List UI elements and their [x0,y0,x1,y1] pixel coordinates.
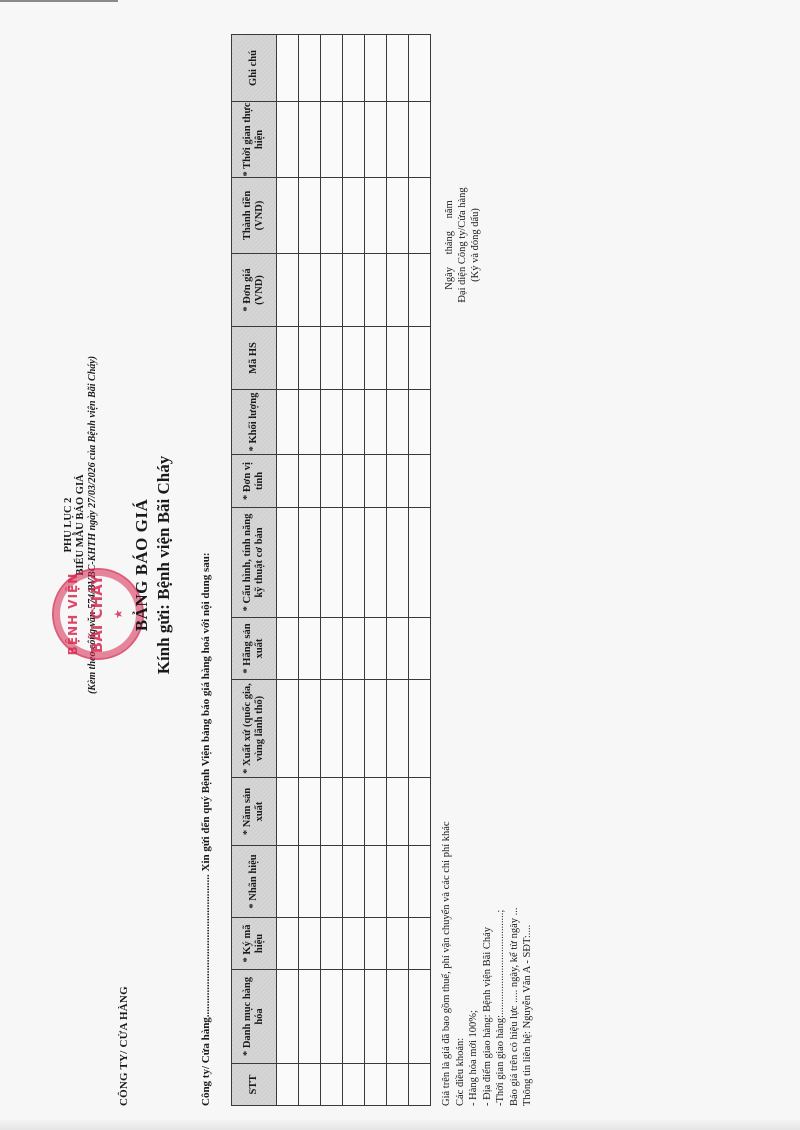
table-cell[interactable] [321,327,343,390]
table-cell[interactable] [387,778,409,846]
table-cell[interactable] [409,327,431,390]
table-cell[interactable] [299,680,321,778]
table-cell[interactable] [321,102,343,178]
table-cell[interactable] [343,778,365,846]
table-cell[interactable] [387,508,409,618]
table-cell[interactable] [277,778,299,846]
table-cell[interactable] [277,618,299,680]
table-cell[interactable] [343,618,365,680]
table-cell[interactable] [365,178,387,254]
table-cell[interactable] [277,178,299,254]
table-cell[interactable] [277,970,299,1064]
company-header: CÔNG TY/ CỬA HÀNG [118,986,130,1106]
column-header: Ghi chú [232,35,277,102]
table-cell[interactable] [365,35,387,102]
table-cell[interactable] [387,390,409,455]
table-cell[interactable] [321,178,343,254]
table-cell[interactable] [321,846,343,918]
table-cell[interactable] [387,178,409,254]
note-line: -Thời gian giao hàng:...................… [494,821,508,1106]
table-cell[interactable] [365,778,387,846]
table-cell[interactable] [409,508,431,618]
intro-company-blank[interactable]: ........................................… [200,874,212,1017]
table-cell[interactable] [409,680,431,778]
table-cell[interactable] [343,918,365,970]
table-cell[interactable] [387,680,409,778]
table-cell[interactable] [343,680,365,778]
table-cell[interactable] [387,35,409,102]
table-cell[interactable] [321,778,343,846]
column-header: * Ký mã hiệu [232,918,277,970]
column-header: * Đơn giá (VND) [232,254,277,327]
table-cell[interactable] [409,254,431,327]
form-label: BIỂU MẪU BÁO GIÁ [75,385,87,665]
table-row [365,35,387,1106]
note-line: Thông tin liên hệ: Nguyễn Văn A - SĐT:..… [521,821,535,1106]
table-cell[interactable] [277,680,299,778]
table-cell[interactable] [409,918,431,970]
terms-notes: Giá trên là giá đã bao gồm thuế, phí vận… [440,821,535,1106]
table-cell[interactable] [343,455,365,508]
column-header: * Xuất xứ (quốc gia, vùng lãnh thổ) [232,680,277,778]
table-cell[interactable] [299,918,321,970]
table-cell[interactable] [387,618,409,680]
table-cell[interactable] [409,778,431,846]
signature-block: Ngày tháng năm Đại diện Công ty/Cửa hàng… [443,135,482,355]
table-cell[interactable] [387,102,409,178]
column-header: * Danh mục hàng hóa [232,970,277,1064]
table-cell[interactable] [321,918,343,970]
appendix-label: PHỤ LỤC 2 [63,385,75,665]
table-cell[interactable] [387,918,409,970]
table-cell[interactable] [365,680,387,778]
table-cell[interactable] [277,254,299,327]
table-cell[interactable] [299,846,321,918]
table-cell[interactable] [321,35,343,102]
table-cell[interactable] [343,390,365,455]
table-cell[interactable] [387,1064,409,1106]
table-cell[interactable] [409,455,431,508]
column-header: * Năm sản xuất [232,778,277,846]
table-cell[interactable] [299,102,321,178]
intro-text: Xin gửi đến quý Bệnh Viện bảng báo giá h… [200,552,212,871]
signature-date: Ngày tháng năm [443,135,456,355]
table-row [321,35,343,1106]
table-cell[interactable] [343,178,365,254]
table-cell[interactable] [343,970,365,1064]
note-line: Các điều khoản: [454,821,468,1106]
table-cell[interactable] [299,35,321,102]
note-line: Giá trên là giá đã bao gồm thuế, phí vận… [440,821,454,1106]
table-cell[interactable] [277,508,299,618]
table-cell[interactable] [321,508,343,618]
table-cell[interactable] [365,618,387,680]
quotation-table: STT* Danh mục hàng hóa* Ký mã hiệu* Nhãn… [231,34,431,1106]
table-cell[interactable] [321,390,343,455]
table-cell[interactable] [299,1064,321,1106]
table-row [277,35,299,1106]
table-cell[interactable] [277,102,299,178]
column-header: * Đơn vị tính [232,455,277,508]
table-cell[interactable] [299,327,321,390]
table-cell[interactable] [365,970,387,1064]
table-cell[interactable] [365,1064,387,1106]
table-cell[interactable] [409,970,431,1064]
table-cell[interactable] [277,390,299,455]
table-cell[interactable] [299,390,321,455]
note-line: Báo giá trên có hiệu lực ..... ngày, kể … [508,821,522,1106]
appendix-header: PHỤ LỤC 2 BIỂU MẪU BÁO GIÁ (Kèm theo côn… [63,385,99,665]
note-line: - Hàng hóa mới 100%; [467,821,481,1106]
table-cell[interactable] [387,254,409,327]
column-header: Mã HS [232,327,277,390]
table-cell[interactable] [387,970,409,1064]
table-cell[interactable] [409,35,431,102]
table-cell[interactable] [365,254,387,327]
table-cell[interactable] [277,327,299,390]
table-cell[interactable] [277,846,299,918]
table-cell[interactable] [299,618,321,680]
table-cell[interactable] [343,846,365,918]
table-row [387,35,409,1106]
table-cell[interactable] [365,327,387,390]
recipient-line: Kính gửi: Bệnh viện Bãi Cháy [154,400,174,730]
table-row [409,35,431,1106]
star-icon: ★ [112,570,125,658]
column-header: * Cấu hình, tính năng kỹ thuật cơ bản [232,508,277,618]
table-cell[interactable] [299,178,321,254]
table-cell[interactable] [365,390,387,455]
table-cell[interactable] [277,455,299,508]
intro-line: Công ty/ Cửa hàng.......................… [200,552,212,1106]
table-cell[interactable] [321,618,343,680]
table-cell[interactable] [409,1064,431,1106]
table-row [299,35,321,1106]
table-cell[interactable] [387,327,409,390]
table-header-row: STT* Danh mục hàng hóa* Ký mã hiệu* Nhãn… [232,35,277,1106]
table-cell[interactable] [387,846,409,918]
quotation-sheet: CÔNG TY/ CỬA HÀNG PHỤ LỤC 2 BIỂU MẪU BÁO… [0,0,800,1130]
column-header: STT [232,1064,277,1106]
table-cell[interactable] [321,970,343,1064]
table-cell[interactable] [321,254,343,327]
table-cell[interactable] [365,846,387,918]
reference-note: (Kèm theo công văn 574/BVBC-KHTH ngày 27… [87,245,99,805]
table-cell[interactable] [299,254,321,327]
scan-edge [0,1120,800,1130]
table-cell[interactable] [343,254,365,327]
table-cell[interactable] [277,35,299,102]
table-cell[interactable] [343,102,365,178]
column-header: * Khối lượng [232,390,277,455]
table-cell[interactable] [365,918,387,970]
table-cell[interactable] [365,455,387,508]
table-cell[interactable] [299,455,321,508]
table-cell[interactable] [409,178,431,254]
table-cell[interactable] [299,970,321,1064]
table-cell[interactable] [409,618,431,680]
table-cell[interactable] [387,455,409,508]
document-title: BẢNG BÁO GIÁ [132,400,152,730]
table-cell[interactable] [343,327,365,390]
table-cell[interactable] [299,508,321,618]
intro-company-label: Công ty/ Cửa hàng [200,1017,212,1106]
table-cell[interactable] [409,846,431,918]
table-cell[interactable] [277,1064,299,1106]
note-line: - Địa điểm giao hàng: Bệnh viện Bãi Cháy [481,821,495,1106]
table-row [343,35,365,1106]
table-cell[interactable] [409,390,431,455]
table-cell[interactable] [343,1064,365,1106]
column-header: * Hãng sản xuất [232,618,277,680]
table-cell[interactable] [343,508,365,618]
table-cell[interactable] [299,778,321,846]
table-cell[interactable] [365,102,387,178]
table-cell[interactable] [365,508,387,618]
column-header: * Thời gian thực hiện [232,102,277,178]
table-cell[interactable] [409,102,431,178]
table-cell[interactable] [321,680,343,778]
column-header: Thành tiền (VND) [232,178,277,254]
column-header: * Nhãn hiệu [232,846,277,918]
table-cell[interactable] [321,455,343,508]
table-cell[interactable] [321,1064,343,1106]
table-cell[interactable] [277,918,299,970]
table-cell[interactable] [343,35,365,102]
signature-instruction: (Ký và đóng dấu) [469,135,482,355]
signature-role: Đại diện Công ty/Cửa hàng [456,135,469,355]
